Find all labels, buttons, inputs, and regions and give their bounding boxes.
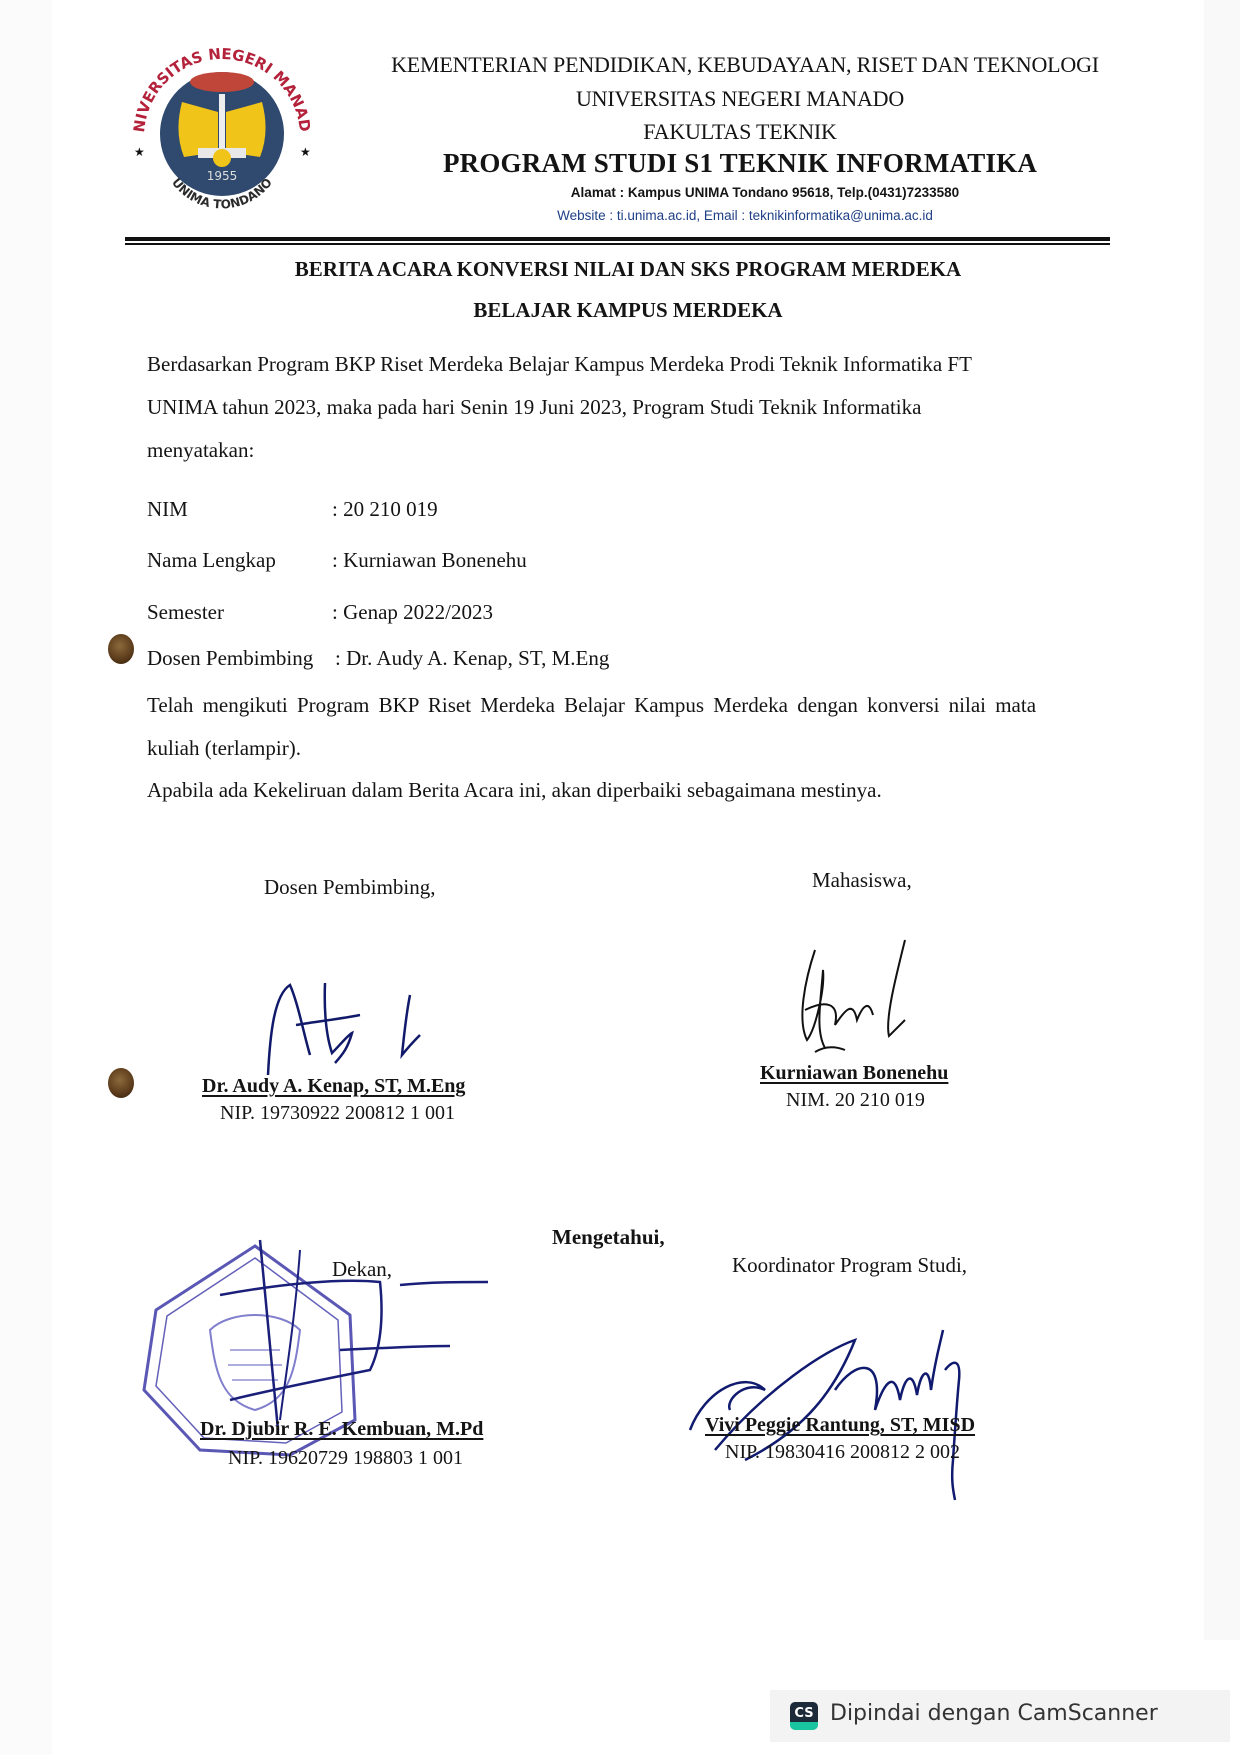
camscanner-logo-icon: CS xyxy=(790,1702,818,1730)
faculty-name: FAKULTAS TEKNIK xyxy=(643,119,836,145)
advisor-role: Dosen Pembimbing, xyxy=(264,875,436,900)
field-value-semester: : Genap 2022/2023 xyxy=(332,600,493,625)
svg-text:★: ★ xyxy=(134,145,145,159)
address-line: Alamat : Kampus UNIMA Tondano 95618, Tel… xyxy=(571,185,959,200)
body-line-2: kuliah (terlampir). xyxy=(147,736,301,761)
contact-line: Website : ti.unima.ac.id, Email : teknik… xyxy=(557,208,933,223)
student-name: Kurniawan Bonenehu xyxy=(760,1062,948,1085)
camscanner-watermark: CS Dipindai dengan CamScanner xyxy=(770,1690,1230,1742)
logo-year: 1955 xyxy=(207,169,238,183)
body-line-3: Apabila ada Kekeliruan dalam Berita Acar… xyxy=(147,778,882,803)
advisor-nip: NIP. 19730922 200812 1 001 xyxy=(220,1102,455,1125)
field-label-nim: NIM xyxy=(147,497,188,522)
letterhead-rule-thin xyxy=(125,243,1110,245)
field-label-semester: Semester xyxy=(147,600,224,625)
field-label-advisor: Dosen Pembimbing xyxy=(147,646,313,671)
intro-line-3: menyatakan: xyxy=(147,438,254,463)
intro-line-2: UNIMA tahun 2023, maka pada hari Senin 1… xyxy=(147,395,921,420)
field-value-name: : Kurniawan Bonenehu xyxy=(332,548,527,573)
advisor-name: Dr. Audy A. Kenap, ST, M.Eng xyxy=(202,1075,465,1098)
camscanner-label: Dipindai dengan CamScanner xyxy=(830,1701,1158,1726)
student-role: Mahasiswa, xyxy=(812,868,912,893)
letterhead-rule-thick xyxy=(125,237,1110,241)
svg-text:★: ★ xyxy=(300,145,311,159)
university-logo: 1955 UNIVERSITAS NEGERI MANADO UNIMA TON… xyxy=(122,42,322,212)
scan-page-edge-right xyxy=(1204,0,1240,1640)
field-value-nim: : 20 210 019 xyxy=(332,497,438,522)
punch-hole-upper xyxy=(108,634,134,664)
dean-role: Dekan, xyxy=(332,1257,392,1282)
coordinator-role: Koordinator Program Studi, xyxy=(732,1253,967,1278)
field-value-advisor: : Dr. Audy A. Kenap, ST, M.Eng xyxy=(335,646,609,671)
punch-hole-lower xyxy=(108,1068,134,1098)
dean-nip: NIP. 19620729 198803 1 001 xyxy=(228,1447,463,1470)
ministry-name: KEMENTERIAN PENDIDIKAN, KEBUDAYAAN, RISE… xyxy=(391,52,1099,78)
coordinator-nip: NIP. 19830416 200812 2 002 xyxy=(725,1441,960,1464)
scan-page-edge-left xyxy=(0,0,52,1755)
field-label-name: Nama Lengkap xyxy=(147,548,276,573)
document-title-line2: BELAJAR KAMPUS MERDEKA xyxy=(473,298,782,323)
acknowledged-label: Mengetahui, xyxy=(552,1225,665,1250)
study-program-name: PROGRAM STUDI S1 TEKNIK INFORMATIKA xyxy=(443,148,1037,179)
coordinator-name: Vivi Peggie Rantung, ST, MISD xyxy=(705,1414,975,1437)
body-line-1: Telah mengikuti Program BKP Riset Merdek… xyxy=(147,693,1036,718)
student-nim: NIM. 20 210 019 xyxy=(786,1089,925,1112)
document-title-line1: BERITA ACARA KONVERSI NILAI DAN SKS PROG… xyxy=(295,257,961,282)
dean-name: Dr. Djubir R. E. Kembuan, M.Pd xyxy=(200,1418,483,1441)
advisor-signature xyxy=(260,975,500,1085)
intro-line-1: Berdasarkan Program BKP Riset Merdeka Be… xyxy=(147,352,972,377)
student-signature xyxy=(785,930,925,1060)
university-name: UNIVERSITAS NEGERI MANADO xyxy=(576,86,904,112)
